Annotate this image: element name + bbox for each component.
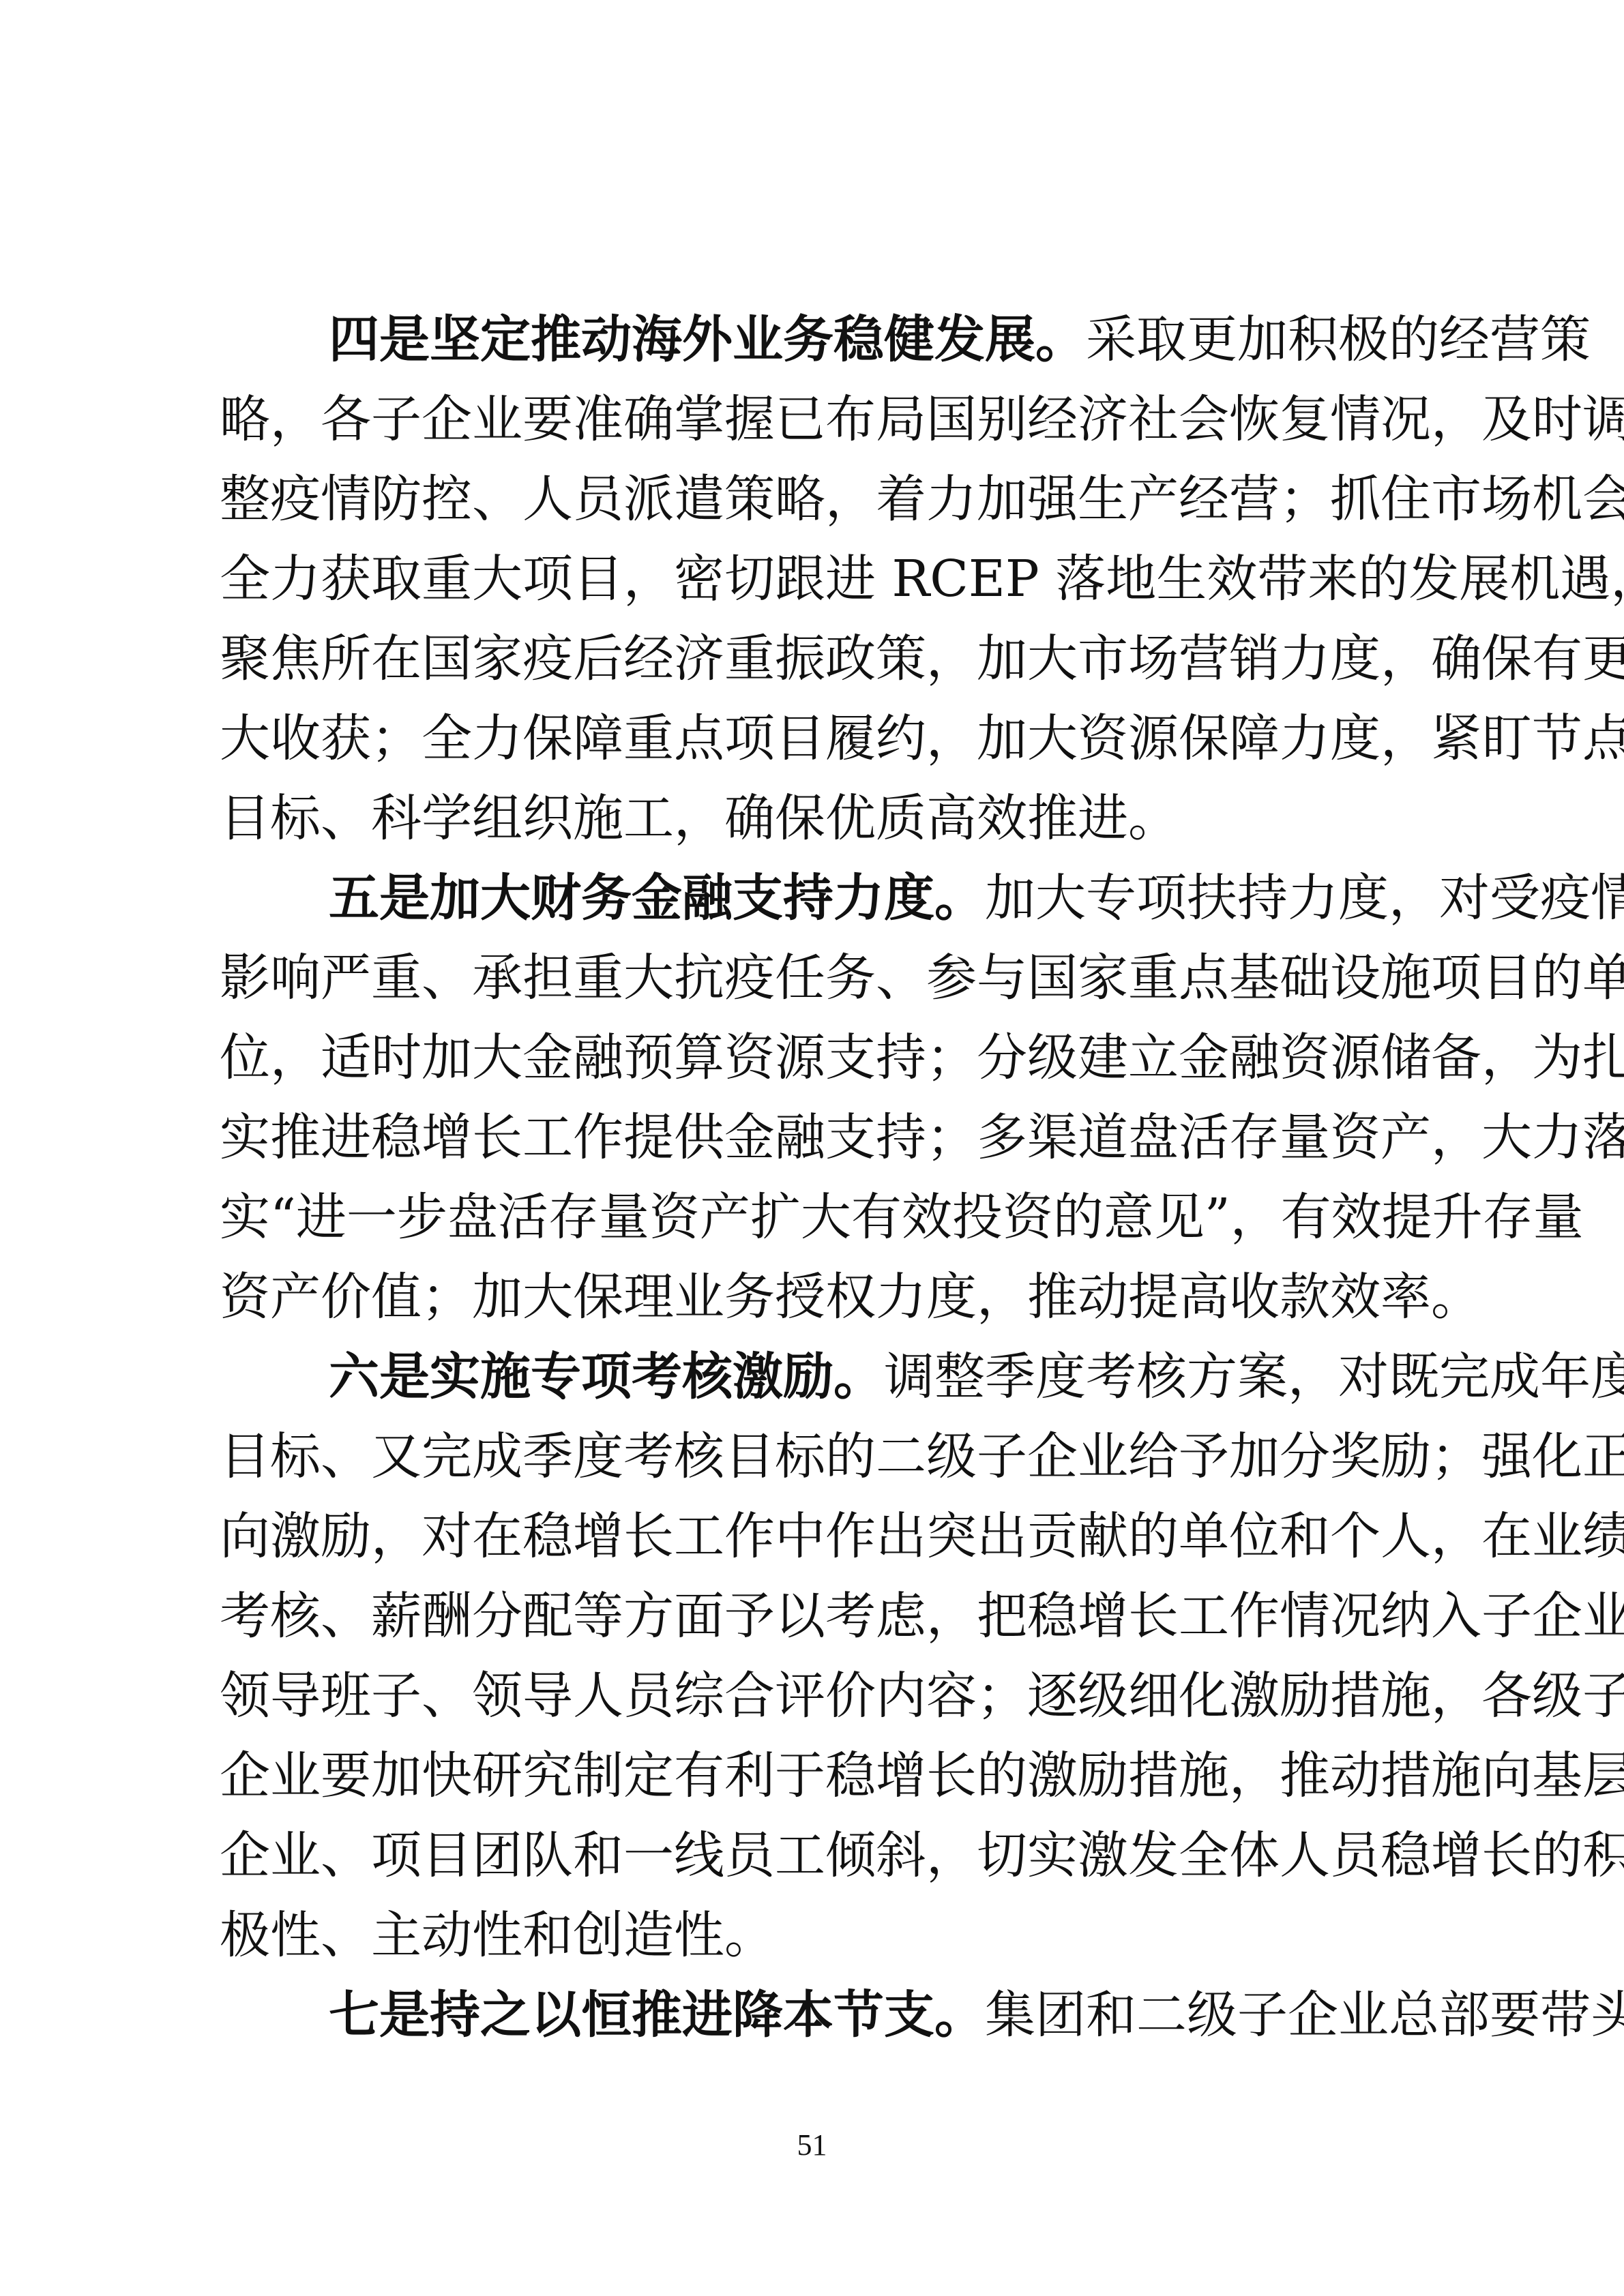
paragraph-financial-support: 五是加大财务金融支持力度。加大专项扶持力度，对受疫情 影响严重、承担重大抗疫任务… — [220, 859, 1420, 1337]
paragraph-heading: 六是实施专项考核激励。 — [329, 1347, 884, 1406]
text-line: 全力获取重大项目，密切跟进 RCEP 落地生效带来的发展机遇， — [220, 539, 1420, 619]
text-line: 影响严重、承担重大抗疫任务、参与国家重点基础设施项目的单 — [220, 938, 1420, 1018]
paragraph-first-line: 六是实施专项考核激励。调整季度考核方案，对既完成年度 — [220, 1337, 1420, 1417]
paragraph-first-line: 七是持之以恒推进降本节支。集团和二级子企业总部要带头 — [220, 1976, 1420, 2055]
text-line: 企业、项目团队和一线员工倾斜，切实激发全体人员稳增长的积 — [220, 1816, 1420, 1896]
text-line: 目标、科学组织施工，确保优质高效推进。 — [220, 779, 1420, 859]
text-line: 目标、又完成季度考核目标的二级子企业给予加分奖励；强化正 — [220, 1417, 1420, 1497]
text-line: 极性、主动性和创造性。 — [220, 1896, 1420, 1976]
text-line: 领导班子、领导人员综合评价内容；逐级细化激励措施，各级子 — [220, 1656, 1420, 1736]
paragraph-first-line: 五是加大财务金融支持力度。加大专项扶持力度，对受疫情 — [220, 859, 1420, 938]
text-line: 聚焦所在国家疫后经济重振政策，加大市场营销力度，确保有更 — [220, 619, 1420, 699]
paragraph-heading: 五是加大财务金融支持力度。 — [329, 869, 985, 927]
document-page: 四是坚定推动海外业务稳健发展。采取更加积极的经营策 略，各子企业要准确掌握已布局… — [220, 300, 1420, 2055]
text-line: 资产价值；加大保理业务授权力度，推动提高收款效率。 — [220, 1257, 1420, 1337]
paragraph-cost-reduction: 七是持之以恒推进降本节支。集团和二级子企业总部要带头 — [220, 1976, 1420, 2055]
text-line: 集团和二级子企业总部要带头 — [985, 1986, 1624, 2044]
paragraph-first-line: 四是坚定推动海外业务稳健发展。采取更加积极的经营策 — [220, 300, 1420, 380]
text-line: 整疫情防控、人员派遣策略，着力加强生产经营；抓住市场机会 — [220, 460, 1420, 539]
text-line: 大收获；全力保障重点项目履约，加大资源保障力度，紧盯节点 — [220, 699, 1420, 779]
text-line: 位，适时加大金融预算资源支持；分级建立金融资源储备，为扎 — [220, 1018, 1420, 1098]
text-line: 企业要加快研究制定有利于稳增长的激励措施，推动措施向基层 — [220, 1736, 1420, 1816]
text-line: 调整季度考核方案，对既完成年度 — [884, 1347, 1624, 1406]
page-number: 51 — [0, 2128, 1624, 2162]
paragraph-heading: 四是坚定推动海外业务稳健发展。 — [329, 310, 1086, 369]
paragraph-assessment-incentive: 六是实施专项考核激励。调整季度考核方案，对既完成年度 目标、又完成季度考核目标的… — [220, 1337, 1420, 1976]
text-line: 实推进稳增长工作提供金融支持；多渠道盘活存量资产，大力落 — [220, 1098, 1420, 1178]
text-line: 向激励，对在稳增长工作中作出突出贡献的单位和个人，在业绩 — [220, 1497, 1420, 1577]
text-line: 略，各子企业要准确掌握已布局国别经济社会恢复情况，及时调 — [220, 380, 1420, 460]
paragraph-overseas-business: 四是坚定推动海外业务稳健发展。采取更加积极的经营策 略，各子企业要准确掌握已布局… — [220, 300, 1420, 859]
text-line: 考核、薪酬分配等方面予以考虑，把稳增长工作情况纳入子企业 — [220, 1577, 1420, 1656]
text-line: 采取更加积极的经营策 — [1086, 310, 1591, 369]
text-line: 加大专项扶持力度，对受疫情 — [985, 869, 1624, 927]
text-line: 实“进一步盘活存量资产扩大有效投资的意见”，有效提升存量 — [220, 1178, 1420, 1257]
paragraph-heading: 七是持之以恒推进降本节支。 — [329, 1986, 985, 2044]
